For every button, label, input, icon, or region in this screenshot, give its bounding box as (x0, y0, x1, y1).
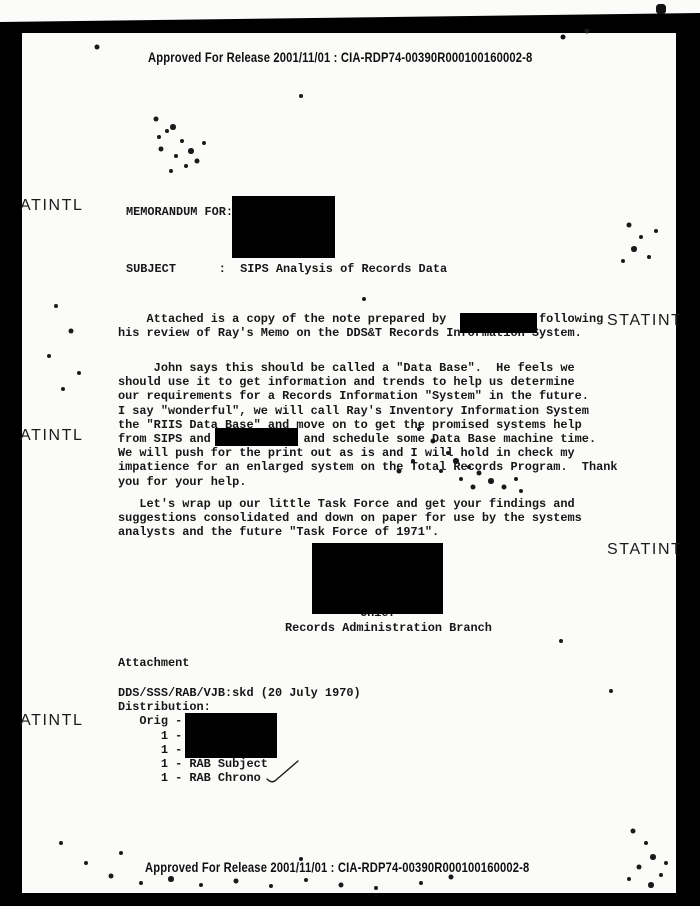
footer-release-stamp: Approved For Release 2001/11/01 : CIA-RD… (145, 859, 529, 875)
paragraph-3: Let's wrap up our little Task Force and … (118, 497, 582, 540)
scan-noise (0, 0, 2, 2)
body-line: our requirements for a Records Informati… (118, 389, 618, 403)
body-line: impatience for an enlarged system on the… (118, 460, 618, 474)
paragraph-2: John says this should be called a "Data … (118, 361, 618, 489)
body-line: analysts and the future "Task Force of 1… (118, 525, 582, 539)
signature-org: Records Administration Branch (285, 621, 492, 635)
statintl-marking: ATINTL (20, 427, 84, 445)
attachment-label: Attachment (118, 656, 189, 670)
redaction-box-sips-and (215, 428, 298, 446)
body-line: from SIPS and and schedule some Data Bas… (118, 432, 618, 446)
body-line: you for your help. (118, 475, 618, 489)
body-line: the "RIIS Data Base" and move on to get … (118, 418, 618, 432)
redaction-box-signature (312, 543, 443, 614)
body-line: suggestions consolidated and down on pap… (118, 511, 582, 525)
redaction-box-prepared-by (460, 313, 537, 333)
reference-line: DDS/SSS/RAB/VJB:skd (20 July 1970) (118, 686, 361, 700)
statintl-marking: ATINTL (20, 712, 84, 730)
subject-line: SUBJECT : SIPS Analysis of Records Data (126, 262, 447, 276)
memorandum-for-label: MEMORANDUM FOR: (126, 205, 233, 219)
scan-top-strip (0, 0, 700, 23)
distribution-line: 1 - RAB Subject (118, 757, 361, 771)
statintl-marking: STATINT (607, 541, 683, 559)
redaction-box-memorandum-for (232, 196, 335, 258)
body-line: We will push for the print out as is and… (118, 446, 618, 460)
body-line: should use it to get information and tre… (118, 375, 618, 389)
header-release-stamp: Approved For Release 2001/11/01 : CIA-RD… (148, 49, 532, 65)
body-line: I say "wonderful", we will call Ray's In… (118, 404, 618, 418)
body-line: Let's wrap up our little Task Force and … (118, 497, 582, 511)
handwritten-checkmark-icon (264, 757, 302, 787)
distribution-line: 1 - RAB Chrono (118, 771, 361, 785)
statintl-marking: ATINTL (20, 197, 84, 215)
statintl-marking: STATINT (607, 312, 683, 330)
body-line: John says this should be called a "Data … (118, 361, 618, 375)
redaction-box-distribution (185, 713, 277, 758)
